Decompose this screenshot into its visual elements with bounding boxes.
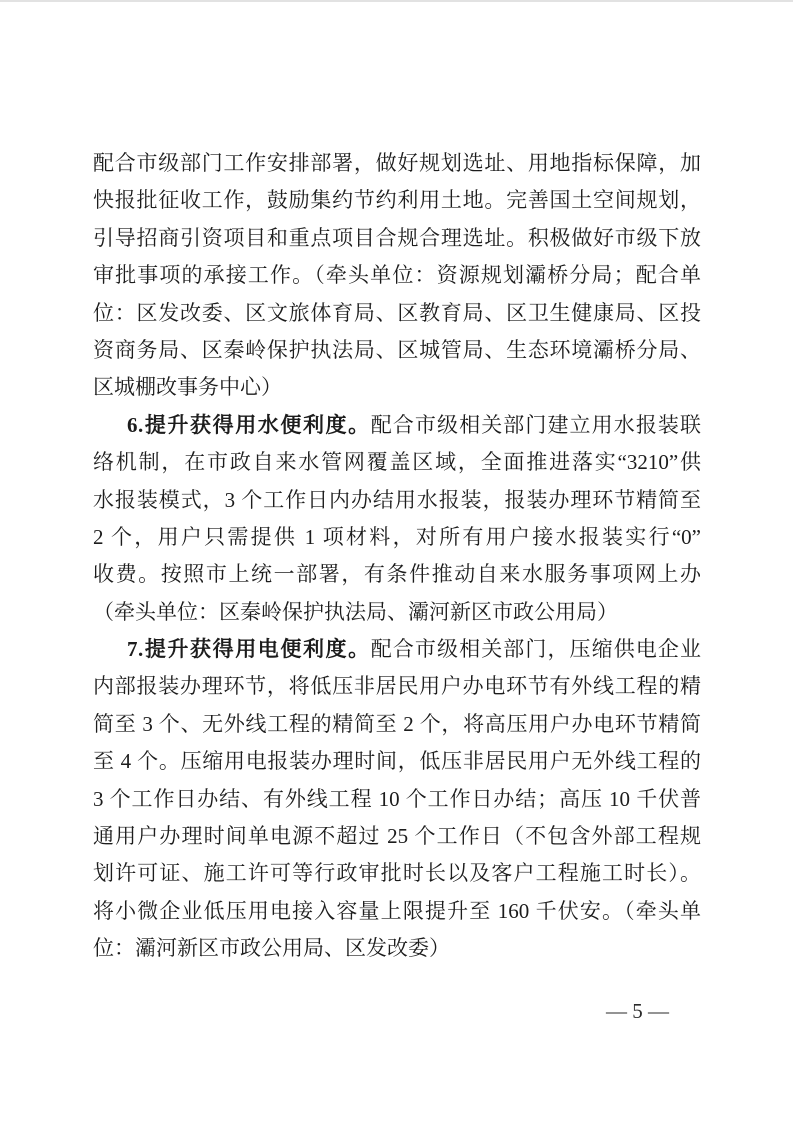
line-text: 配合市级相关部门建立用水报装联 xyxy=(371,413,701,437)
text-line: 位：区发改委、区文旅体育局、区教育局、区卫生健康局、区投 xyxy=(93,295,701,332)
line-text: 审批事项的承接工作。（牵头单位：资源规划灞桥分局；配合单 xyxy=(93,263,701,287)
line-text: 位：灞河新区市政公用局、区发改委） xyxy=(93,936,450,960)
line-text: 配合市级部门工作安排部署，做好规划选址、用地指标保障，加 xyxy=(93,151,701,175)
text-line: 2 个，用户只需提供 1 项材料，对所有用户接水报装实行“0” xyxy=(93,519,701,556)
text-line: 3 个工作日办结、有外线工程 10 个工作日办结；高压 10 千伏普 xyxy=(93,781,701,818)
text-line: 区城棚改事务中心） xyxy=(93,369,701,406)
text-line: 内部报装办理环节，将低压非居民用户办电环节有外线工程的精 xyxy=(93,668,701,705)
line-text: 络机制，在市政自来水管网覆盖区域，全面推进落实“3210”供 xyxy=(93,450,701,474)
paragraph-continuation: 配合市级部门工作安排部署，做好规划选址、用地指标保障，加 快报批征收工作，鼓励集… xyxy=(93,145,701,407)
text-line: 收费。按照市上统一部署，有条件推动自来水服务事项网上办理。 xyxy=(93,556,701,593)
line-text: 收费。按照市上统一部署，有条件推动自来水服务事项网上办理。 xyxy=(93,562,701,593)
item-6-heading: 6.提升获得用水便利度。 xyxy=(127,413,371,437)
text-line: 位：灞河新区市政公用局、区发改委） xyxy=(93,930,701,967)
page-number: — 5 — xyxy=(606,997,696,1025)
line-text: 通用户办理时间单电源不超过 25 个工作日（不包含外部工程规 xyxy=(93,824,701,848)
item-7-heading: 7.提升获得用电便利度。 xyxy=(127,637,371,661)
text-line: 简至 3 个、无外线工程的精简至 2 个，将高压用户办电环节精简 xyxy=(93,706,701,743)
text-line: 快报批征收工作，鼓励集约节约利用土地。完善国土空间规划， xyxy=(93,182,701,219)
text-line: 水报装模式，3 个工作日内办结用水报装，报装办理环节精简至 xyxy=(93,482,701,519)
document-body: 配合市级部门工作安排部署，做好规划选址、用地指标保障，加 快报批征收工作，鼓励集… xyxy=(93,145,701,968)
line-text: 位：区发改委、区文旅体育局、区教育局、区卫生健康局、区投 xyxy=(93,301,701,325)
text-line: 7.提升获得用电便利度。配合市级相关部门，压缩供电企业 xyxy=(93,631,701,668)
line-text: 资商务局、区秦岭保护执法局、区城管局、生态环境灞桥分局、 xyxy=(93,338,701,362)
paragraph-item-7: 7.提升获得用电便利度。配合市级相关部门，压缩供电企业 内部报装办理环节，将低压… xyxy=(93,631,701,968)
scan-edge-line xyxy=(0,0,793,2)
line-text: 至 4 个。压缩用电报装办理时间，低压非居民用户无外线工程的 xyxy=(93,749,701,773)
line-text: 简至 3 个、无外线工程的精简至 2 个，将高压用户办电环节精简 xyxy=(93,712,701,736)
document-page: 配合市级部门工作安排部署，做好规划选址、用地指标保障，加 快报批征收工作，鼓励集… xyxy=(0,0,793,1122)
line-text: 划许可证、施工许可等行政审批时长以及客户工程施工时长）。 xyxy=(93,861,701,885)
line-text: 将小微企业低压用电接入容量上限提升至 160 千伏安。（牵头单 xyxy=(93,899,701,923)
text-line: 资商务局、区秦岭保护执法局、区城管局、生态环境灞桥分局、 xyxy=(93,332,701,369)
paragraph-item-6: 6.提升获得用水便利度。配合市级相关部门建立用水报装联 络机制，在市政自来水管网… xyxy=(93,407,701,631)
line-text: 3 个工作日办结、有外线工程 10 个工作日办结；高压 10 千伏普 xyxy=(93,787,701,811)
line-text: 内部报装办理环节，将低压非居民用户办电环节有外线工程的精 xyxy=(93,674,701,698)
text-line: 至 4 个。压缩用电报装办理时间，低压非居民用户无外线工程的 xyxy=(93,743,701,780)
line-text: 引导招商引资项目和重点项目合规合理选址。积极做好市级下放 xyxy=(93,226,701,250)
text-line: 引导招商引资项目和重点项目合规合理选址。积极做好市级下放 xyxy=(93,220,701,257)
text-line: 审批事项的承接工作。（牵头单位：资源规划灞桥分局；配合单 xyxy=(93,257,701,294)
text-line: 络机制，在市政自来水管网覆盖区域，全面推进落实“3210”供 xyxy=(93,444,701,481)
line-text: 2 个，用户只需提供 1 项材料，对所有用户接水报装实行“0” xyxy=(93,525,701,549)
text-line: 将小微企业低压用电接入容量上限提升至 160 千伏安。（牵头单 xyxy=(93,893,701,930)
line-text: 水报装模式，3 个工作日内办结用水报装，报装办理环节精简至 xyxy=(93,488,701,512)
line-text: （牵头单位：区秦岭保护执法局、灞河新区市政公用局） xyxy=(93,600,618,624)
text-line: 划许可证、施工许可等行政审批时长以及客户工程施工时长）。 xyxy=(93,855,701,892)
line-text: 区城棚改事务中心） xyxy=(93,375,282,399)
text-line: （牵头单位：区秦岭保护执法局、灞河新区市政公用局） xyxy=(93,594,701,631)
text-line: 6.提升获得用水便利度。配合市级相关部门建立用水报装联 xyxy=(93,407,701,444)
text-line: 配合市级部门工作安排部署，做好规划选址、用地指标保障，加 xyxy=(93,145,701,182)
text-line: 通用户办理时间单电源不超过 25 个工作日（不包含外部工程规 xyxy=(93,818,701,855)
line-text: 快报批征收工作，鼓励集约节约利用土地。完善国土空间规划， xyxy=(93,188,701,212)
line-text: 配合市级相关部门，压缩供电企业 xyxy=(371,637,701,661)
